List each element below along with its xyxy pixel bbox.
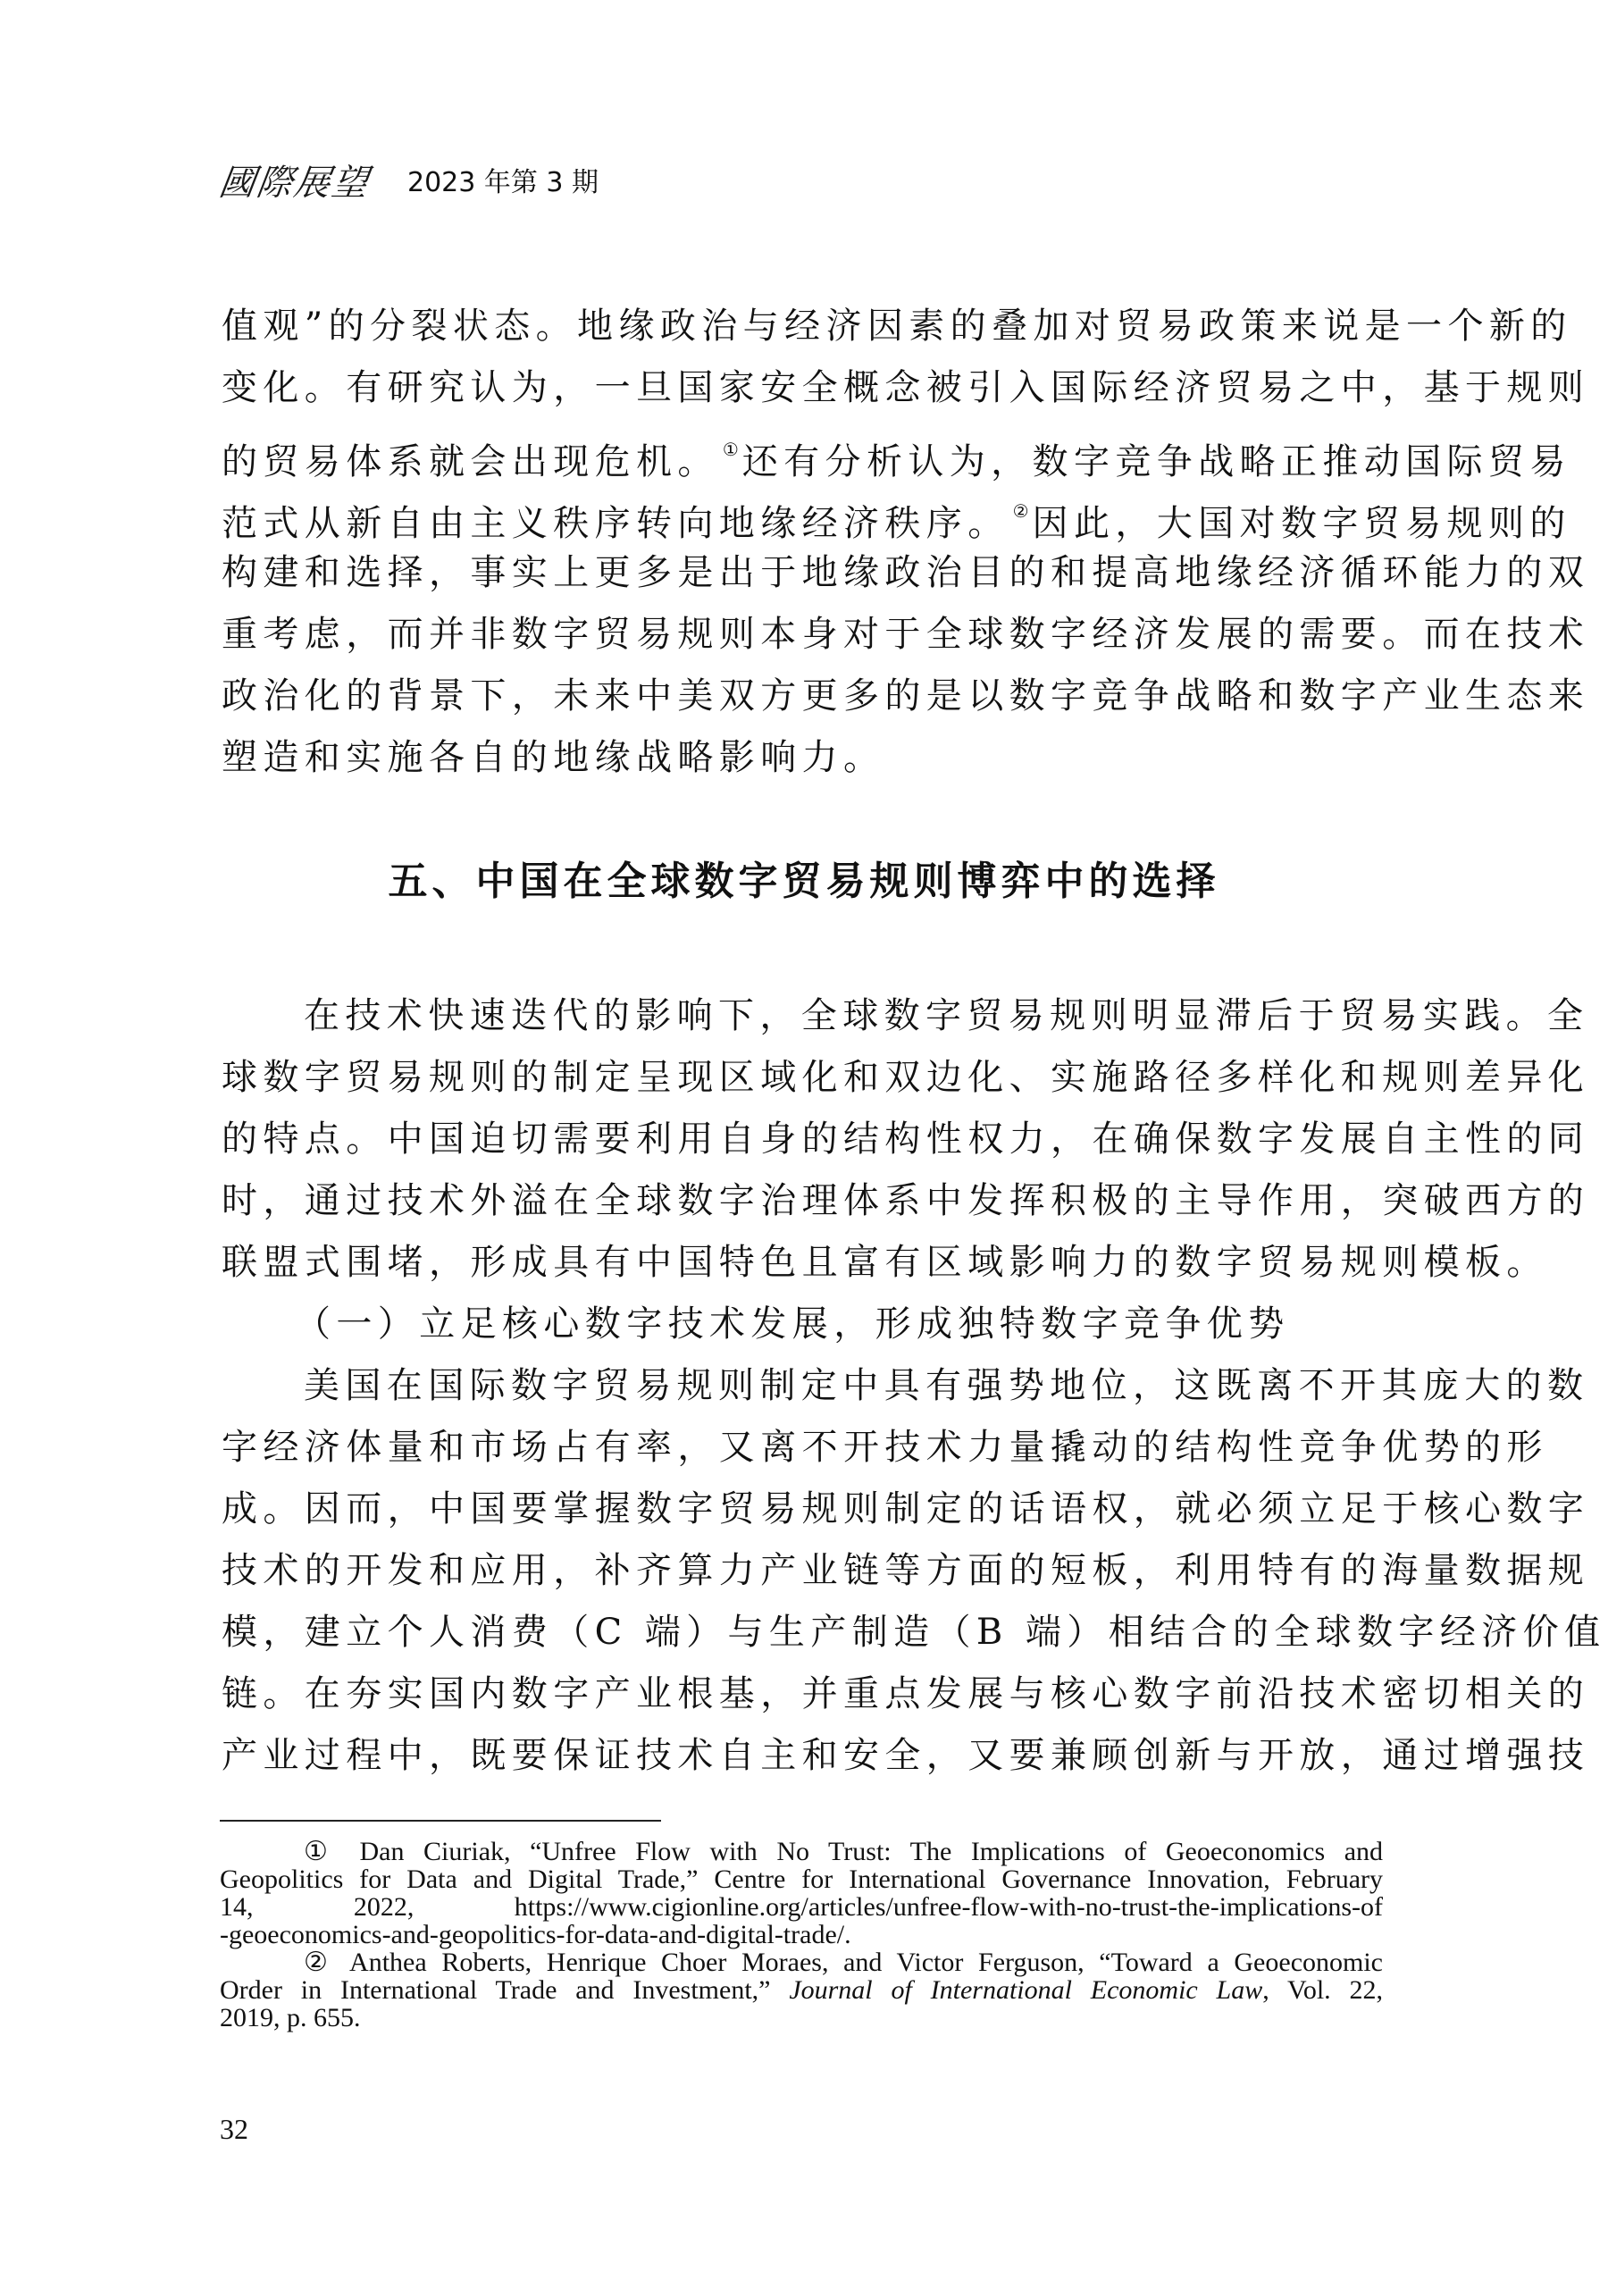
section-heading: 五、中国在全球数字贸易规则博弈中的选择: [0, 849, 1608, 906]
text-line: 产业过程中，既要保证技术自主和安全，又要兼顾创新与开放，通过增强技: [222, 1725, 1388, 1787]
text-line: 变化。有研究认为，一旦国家安全概念被引入国际经济贸易之中，基于规则: [222, 357, 1388, 419]
journal-logo: 國際展望: [216, 155, 373, 205]
text-line: 值观”的分裂状态。地缘政治与经济因素的叠加对贸易政策来说是一个新的: [222, 296, 1388, 357]
text-line: 美国在国际数字贸易规则制定中具有强势地位，这既离不开其庞大的数: [304, 1355, 1388, 1417]
text-line: 在技术快速迭代的影响下，全球数字贸易规则明显滞后于贸易实践。全: [304, 985, 1388, 1047]
text-line: 技术的开发和应用，补齐算力产业链等方面的短板，利用特有的海量数据规: [222, 1540, 1388, 1602]
text-line: 联盟式围堵，形成具有中国特色且富有区域影响力的数字贸易规则模板。: [222, 1232, 1548, 1294]
footnote-ref-2[interactable]: ②: [1013, 500, 1029, 522]
page-number: 32: [220, 2113, 248, 2146]
journal-page: 國際展望 2023 年第 3 期 值观”的分裂状态。地缘政治与经济因素的叠加对贸…: [0, 0, 1608, 2296]
footnote-2: ② Anthea Roberts, Henrique Choer Moraes,…: [220, 1948, 1383, 2032]
text-line: 范式从新自由主义秩序转向地缘经济秩序。②因此，大国对数字贸易规则的: [222, 481, 1388, 542]
subsection-heading: （一）立足核心数字技术发展，形成独特数字竞争优势: [295, 1294, 1290, 1355]
text-line: 的贸易体系就会出现危机。①还有分析认为，数字竞争战略正推动国际贸易: [222, 419, 1388, 481]
running-header: 國際展望 2023 年第 3 期: [220, 157, 599, 202]
text-line: 模，建立个人消费（C 端）与生产制造（B 端）相结合的全球数字经济价值: [222, 1602, 1388, 1663]
footnote-marker: ②: [304, 1948, 336, 1977]
text-line: 塑造和实施各自的地缘战略影响力。: [222, 727, 884, 789]
text-line: 字经济体量和市场占有率，又离不开技术力量撬动的结构性竞争优势的形: [222, 1417, 1388, 1479]
footnote-separator: [220, 1820, 661, 1822]
journal-title: Journal of International Economic Law: [789, 1975, 1262, 2005]
text-line: 球数字贸易规则的制定呈现区域化和双边化、实施路径多样化和规则差异化: [222, 1047, 1388, 1109]
footnote-url[interactable]: 14, 2022, https://www.cigionline.org/art…: [220, 1893, 1383, 1921]
text-line: 成。因而，中国要掌握数字贸易规则制定的话语权，就必须立足于核心数字: [222, 1479, 1388, 1540]
footnote-marker: ①: [304, 1837, 340, 1866]
footnote-ref-1[interactable]: ①: [723, 439, 739, 460]
footnote-1: ① Dan Ciuriak, “Unfree Flow with No Trus…: [220, 1838, 1383, 1948]
text-line: 的特点。中国迫切需要利用自身的结构性权力，在确保数字发展自主性的同: [222, 1109, 1388, 1170]
text-line: 构建和选择，事实上更多是出于地缘政治目的和提高地缘经济循环能力的双: [222, 542, 1388, 604]
text-line: 政治化的背景下，未来中美双方更多的是以数字竞争战略和数字产业生态来: [222, 666, 1388, 727]
text-line: 时，通过技术外溢在全球数字治理体系中发挥积极的主导作用，突破西方的: [222, 1170, 1388, 1232]
text-line: 重考虑，而并非数字贸易规则本身对于全球数字经济发展的需要。而在技术: [222, 604, 1388, 666]
issue-label: 2023 年第 3 期: [407, 160, 599, 199]
text-line: 链。在夯实国内数字产业根基，并重点发展与核心数字前沿技术密切相关的: [222, 1663, 1388, 1725]
